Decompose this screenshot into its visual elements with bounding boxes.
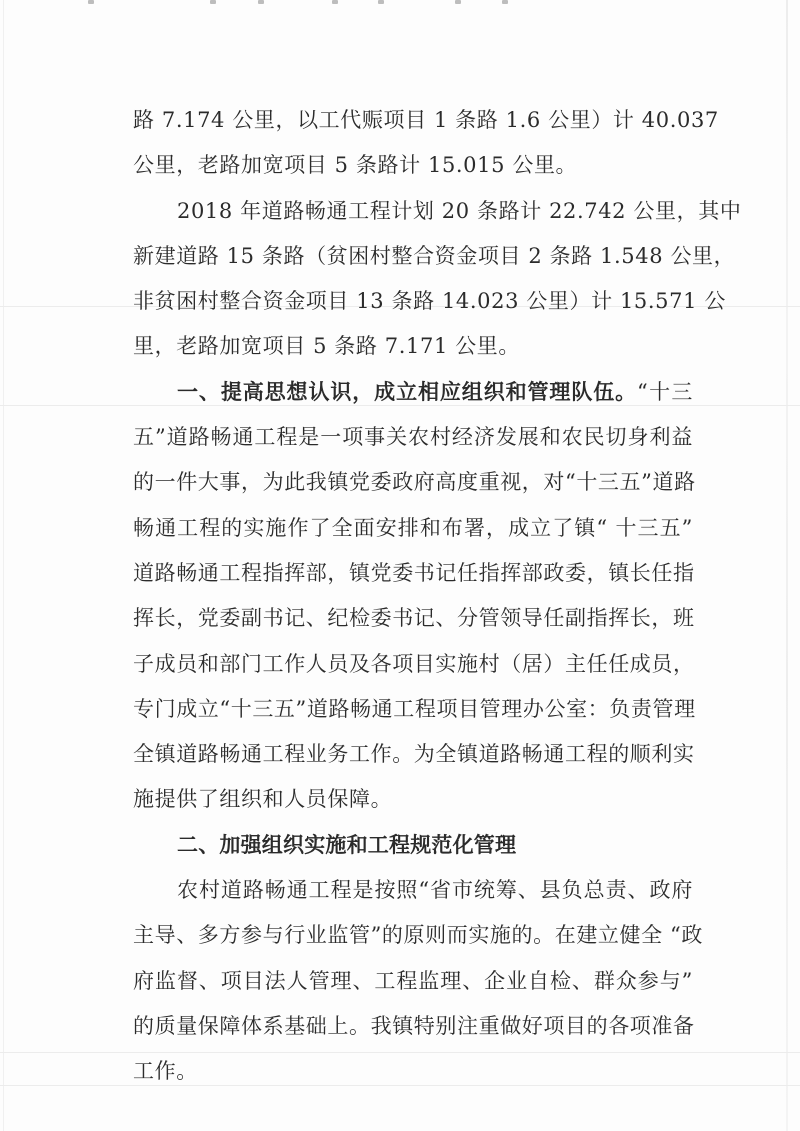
scan-mark bbox=[455, 0, 461, 4]
text-line: 施提供了组织和人员保障。 bbox=[133, 777, 693, 822]
section-2-heading: 二、加强组织实施和工程规范化管理 bbox=[133, 823, 693, 868]
section-1-heading-line: 一、提高思想认识，成立相应组织和管理队伍。“十三 bbox=[133, 370, 693, 415]
scan-mark bbox=[502, 0, 508, 4]
scan-mark bbox=[88, 0, 94, 4]
scanned-document-page: 路 7.174 公里，以工代赈项目 1 条路 1.6 公里）计 40.037 公… bbox=[0, 0, 800, 1131]
text-line: 府监督、项目法人管理、工程监理、企业自检、群众参与” bbox=[133, 959, 693, 1004]
scan-mark bbox=[378, 0, 384, 4]
document-body: 路 7.174 公里，以工代赈项目 1 条路 1.6 公里）计 40.037 公… bbox=[133, 98, 693, 1095]
text-line: 子成员和部门工作人员及各项目实施村（居）主任任成员， bbox=[133, 642, 693, 687]
scan-top-edge-marks bbox=[0, 0, 800, 14]
scan-mark bbox=[210, 0, 216, 4]
text-line: 畅通工程的实施作了全面安排和布署，成立了镇“ 十三五” bbox=[133, 506, 693, 551]
section-2: 农村道路畅通工程是按照“省市统筹、县负总责、政府 主导、多方参与行业监管”的原则… bbox=[133, 868, 693, 1094]
text-line: 道路畅通工程指挥部，镇党委书记任指挥部政委，镇长任指 bbox=[133, 551, 693, 596]
text-line: 农村道路畅通工程是按照“省市统筹、县负总责、政府 bbox=[133, 868, 693, 913]
scan-mark bbox=[258, 0, 264, 4]
text-line: 非贫困村整合资金项目 13 条路 14.023 公里）计 15.571 公 bbox=[133, 279, 693, 324]
text-line: 的一件大事，为此我镇党委政府高度重视，对“十三五”道路 bbox=[133, 460, 693, 505]
text-line: 主导、多方参与行业监管”的原则而实施的。在建立健全 “政 bbox=[133, 913, 693, 958]
text-line: 公里，老路加宽项目 5 条路计 15.015 公里。 bbox=[133, 143, 693, 188]
text-line: 全镇道路畅通工程业务工作。为全镇道路畅通工程的顺利实 bbox=[133, 732, 693, 777]
text-line: 2018 年道路畅通工程计划 20 条路计 22.742 公里，其中 bbox=[133, 189, 693, 234]
text-line: 里，老路加宽项目 5 条路 7.171 公里。 bbox=[133, 324, 693, 369]
section-1-heading-tail: “十三 bbox=[637, 380, 693, 404]
scan-left-edge bbox=[3, 0, 4, 1131]
scan-mark bbox=[332, 0, 338, 4]
scan-right-edge bbox=[786, 0, 788, 1131]
text-line: 挥长，党委副书记、纪检委书记、分管领导任副指挥长，班 bbox=[133, 596, 693, 641]
paragraph-continued: 路 7.174 公里，以工代赈项目 1 条路 1.6 公里）计 40.037 公… bbox=[133, 98, 693, 189]
text-line: 工作。 bbox=[133, 1049, 693, 1094]
section-1: 一、提高思想认识，成立相应组织和管理队伍。“十三 五”道路畅通工程是一项事关农村… bbox=[133, 370, 693, 823]
text-line: 新建道路 15 条路（贫困村整合资金项目 2 条路 1.548 公里， bbox=[133, 234, 693, 279]
text-line: 专门成立“十三五”道路畅通工程项目管理办公室：负责管理 bbox=[133, 687, 693, 732]
text-line: 路 7.174 公里，以工代赈项目 1 条路 1.6 公里）计 40.037 bbox=[133, 98, 693, 143]
text-line: 五”道路畅通工程是一项事关农村经济发展和农民切身利益 bbox=[133, 415, 693, 460]
section-1-heading: 一、提高思想认识，成立相应组织和管理队伍。 bbox=[177, 380, 637, 404]
text-line: 的质量保障体系基础上。我镇特别注重做好项目的各项准备 bbox=[133, 1004, 693, 1049]
paragraph-2018-plan: 2018 年道路畅通工程计划 20 条路计 22.742 公里，其中 新建道路 … bbox=[133, 189, 693, 370]
